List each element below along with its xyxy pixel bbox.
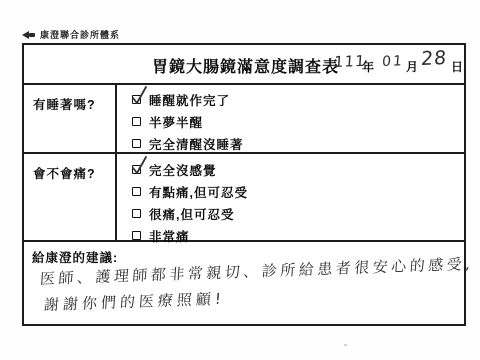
form-title-row: 胃鏡大腸鏡滿意度調查表 111 年 01 月 28 日 xyxy=(24,45,464,85)
arrow-left-logo-icon xyxy=(22,31,36,39)
checkbox-unchecked-icon xyxy=(132,139,142,149)
checkbox-checked-icon xyxy=(132,95,142,105)
form-title: 胃鏡大腸鏡滿意度調查表 xyxy=(152,54,339,77)
handwritten-checkmark-icon xyxy=(130,85,148,105)
question-label-cell: 會不會痛? xyxy=(24,154,117,240)
question-row-sleep: 有睡著嗎? 睡醒就作完了 半夢半醒 xyxy=(24,85,464,154)
handwritten-month: 01 xyxy=(381,53,404,70)
suggestion-section: 給康澄的建議: 医師、護理師都非常親切、診所給患者很安心的感受, 謝謝你們的医療… xyxy=(24,242,464,326)
year-label: 年 xyxy=(362,58,374,75)
option-text: 完全清醒沒睡著 xyxy=(149,135,244,153)
scanned-survey-page: 康澄聯合診所體系 胃鏡大腸鏡滿意度調查表 111 年 01 月 28 日 有睡著… xyxy=(0,0,480,360)
clinic-logo: 康澄聯合診所體系 xyxy=(22,28,120,41)
option-text: 很痛,但可忍受 xyxy=(149,205,234,223)
checkbox-unchecked-icon xyxy=(132,231,142,241)
question-options-cell: 完全沒感覺 有點痛,但可忍受 很痛,但可忍受 非常痛 xyxy=(117,154,464,240)
option-very-painful-tolerable: 很痛,但可忍受 xyxy=(132,205,234,223)
option-slept-through: 睡醒就作完了 xyxy=(132,91,230,109)
option-text: 半夢半醒 xyxy=(149,113,203,131)
checkbox-unchecked-icon xyxy=(132,117,142,127)
checkbox-unchecked-icon xyxy=(132,187,142,197)
handwritten-suggestion-line-2: 謝謝你們的医療照顧! xyxy=(43,288,225,315)
question-label-pain: 會不會痛? xyxy=(33,164,96,182)
checkbox-unchecked-icon xyxy=(132,209,142,219)
question-row-pain: 會不會痛? 完全沒感覺 有點痛,但可忍受 xyxy=(24,154,464,242)
suggestion-label: 給康澄的建議: xyxy=(32,248,118,266)
option-fully-awake: 完全清醒沒睡著 xyxy=(132,135,244,153)
question-label-cell: 有睡著嗎? xyxy=(24,85,117,152)
month-label: 月 xyxy=(406,58,418,75)
day-label: 日 xyxy=(451,58,463,75)
question-label-sleep: 有睡著嗎? xyxy=(33,95,96,113)
option-text: 睡醒就作完了 xyxy=(149,91,230,109)
scan-artifact-dot xyxy=(344,344,347,346)
clinic-logo-text: 康澄聯合診所體系 xyxy=(40,28,120,41)
handwritten-checkmark-icon xyxy=(130,155,148,175)
option-text: 完全沒感覺 xyxy=(149,161,217,179)
checkbox-checked-icon xyxy=(132,165,142,175)
survey-form-table: 胃鏡大腸鏡滿意度調查表 111 年 01 月 28 日 有睡著嗎? xyxy=(22,43,466,326)
question-options-cell: 睡醒就作完了 半夢半醒 完全清醒沒睡著 xyxy=(117,85,464,152)
option-no-feeling: 完全沒感覺 xyxy=(132,161,217,179)
option-slight-pain: 有點痛,但可忍受 xyxy=(132,183,248,201)
option-half-awake: 半夢半醒 xyxy=(132,113,203,131)
option-text: 有點痛,但可忍受 xyxy=(149,183,248,201)
handwritten-day: 28 xyxy=(420,47,448,70)
